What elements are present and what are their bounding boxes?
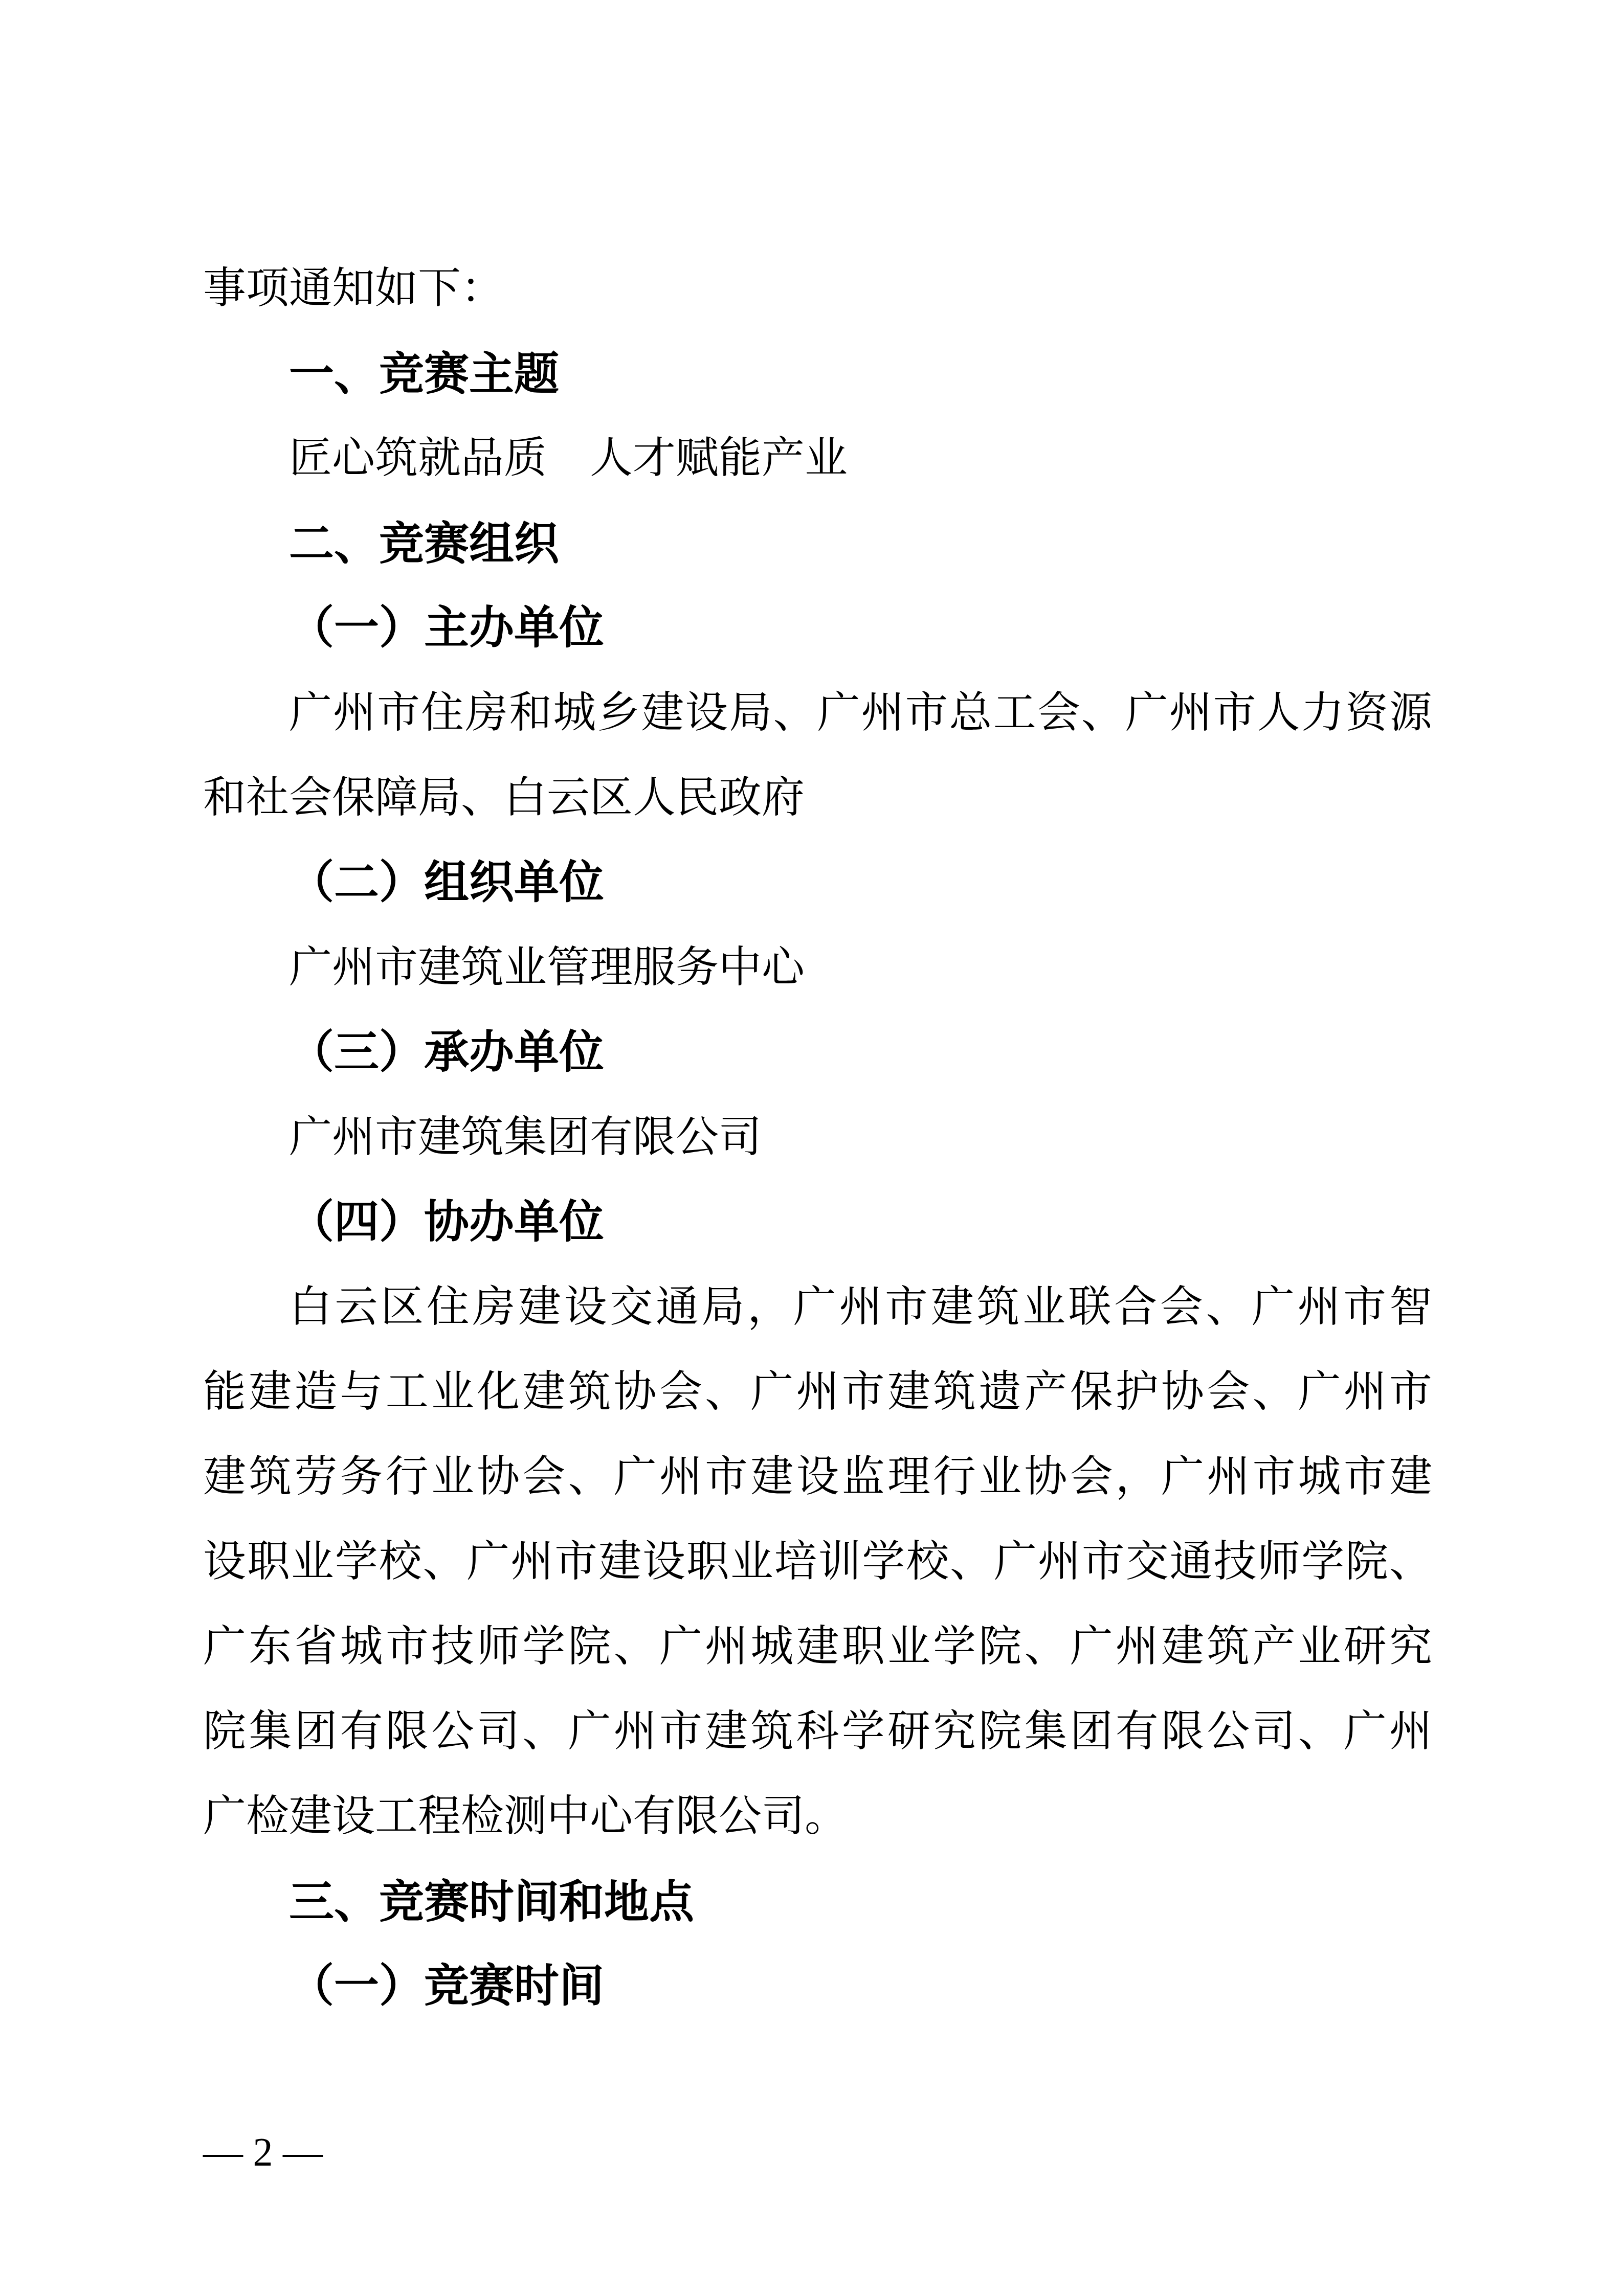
undertaking-unit-name: 广州市建筑集团有限公司 (203, 1095, 1432, 1180)
subheading-undertaking-unit: （三）承办单位 (203, 1010, 1432, 1095)
page-number: — 2 — (203, 2109, 323, 2194)
co-organizing-units-line-3: 建筑劳务行业协会、广州市建设监理行业协会，广州市城市建 (203, 1435, 1432, 1520)
co-organizing-units-line-6: 院集团有限公司、广州市建筑科学研究院集团有限公司、广州 (203, 1690, 1432, 1774)
intro-continuation-line: 事项通知如下： (203, 246, 1432, 331)
document-body: 事项通知如下： 一、竞赛主题 匠心筑就品质 人才赋能产业 二、竞赛组织 （一）主… (203, 246, 1432, 2029)
subheading-co-organizing-units: （四）协办单位 (203, 1180, 1432, 1265)
organizing-unit-name: 广州市建筑业管理服务中心 (203, 926, 1432, 1010)
subheading-host-units: （一）主办单位 (203, 586, 1432, 671)
competition-theme-text: 匠心筑就品质 人才赋能产业 (203, 416, 1432, 501)
heading-competition-theme: 一、竞赛主题 (203, 331, 1432, 416)
heading-competition-organization: 二、竞赛组织 (203, 501, 1432, 586)
heading-time-and-location: 三、竞赛时间和地点 (203, 1859, 1432, 1944)
document-page: 事项通知如下： 一、竞赛主题 匠心筑就品质 人才赋能产业 二、竞赛组织 （一）主… (0, 0, 1623, 2296)
co-organizing-units-line-7: 广检建设工程检测中心有限公司。 (203, 1774, 1432, 1859)
co-organizing-units-line-2: 能建造与工业化建筑协会、广州市建筑遗产保护协会、广州市 (203, 1350, 1432, 1435)
co-organizing-units-line-1: 白云区住房建设交通局，广州市建筑业联合会、广州市智 (203, 1265, 1432, 1350)
host-units-line-2: 和社会保障局、白云区人民政府 (203, 756, 1432, 841)
host-units-line-1: 广州市住房和城乡建设局、广州市总工会、广州市人力资源 (203, 671, 1432, 756)
co-organizing-units-line-5: 广东省城市技师学院、广州城建职业学院、广州建筑产业研究 (203, 1605, 1432, 1690)
co-organizing-units-line-4: 设职业学校、广州市建设职业培训学校、广州市交通技师学院、 (203, 1520, 1432, 1605)
subheading-competition-time: （一）竞赛时间 (203, 1944, 1432, 2029)
subheading-organizing-unit: （二）组织单位 (203, 841, 1432, 926)
